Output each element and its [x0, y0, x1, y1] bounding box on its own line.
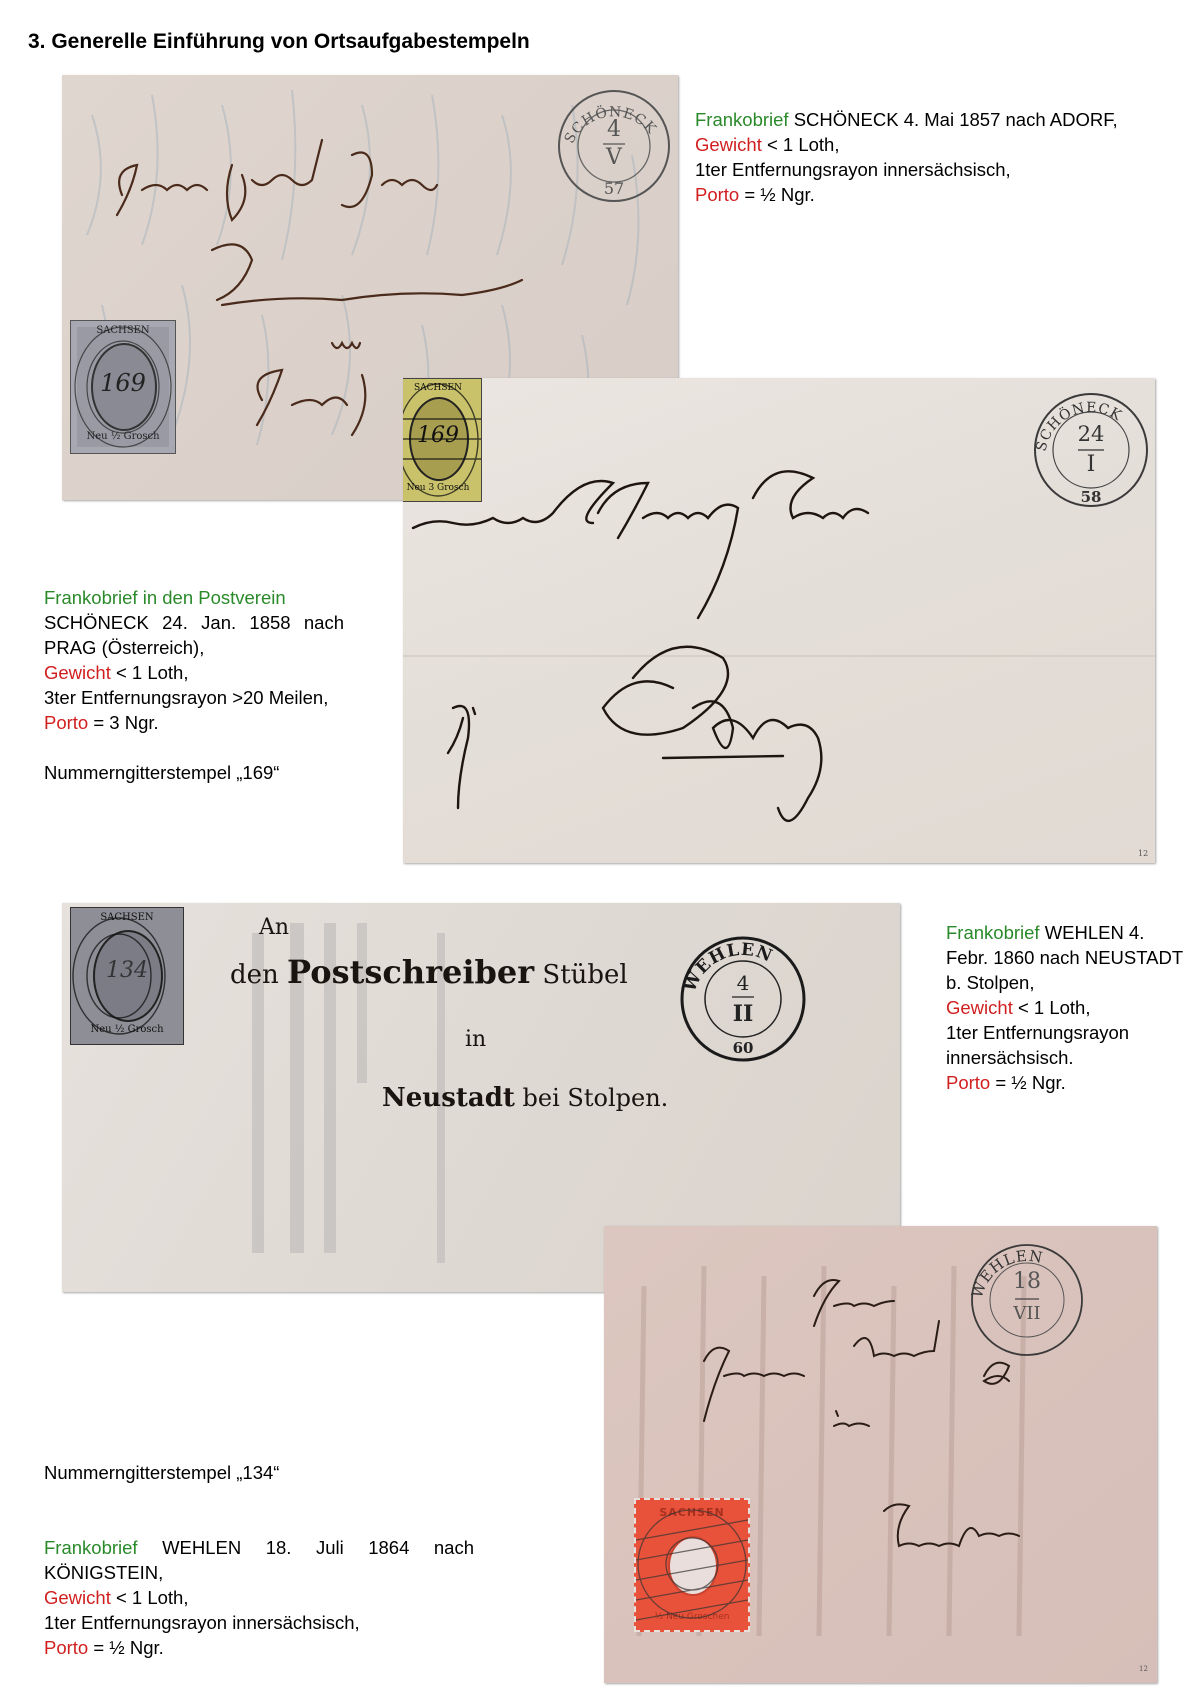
caption-distance: 1ter Entfernungsrayon innersächsisch,: [695, 157, 1170, 182]
stamp-grey-half-groschen: SACHSEN 169 Neu ½ Grosch: [70, 320, 176, 454]
printed-an: An: [259, 915, 289, 940]
printed-den: den: [230, 960, 279, 990]
caption-postage: = 3 Ngr.: [88, 712, 158, 733]
caption-cancel-note-134: Nummerngitterstempel „134“: [44, 1460, 474, 1485]
printed-bei-stolpen: bei Stolpen.: [523, 1084, 669, 1112]
caption-weight: < 1 Loth,: [762, 134, 840, 155]
label-gewicht: Gewicht: [946, 997, 1013, 1018]
caption-letter-4: Frankobrief WEHLEN 18. Juli 1864 nach KÖ…: [44, 1535, 474, 1660]
corner-mark: 12: [1138, 849, 1148, 858]
postmark-wehlen-1860: WEHLEN 4 II 60: [677, 933, 809, 1065]
printed-recipient-line: den Postschreiber Stübel: [230, 953, 628, 991]
label-frankobrief-postverein: Frankobrief in den Postverein: [44, 585, 344, 610]
printed-in: in: [465, 1027, 486, 1052]
printed-neustadt: Neustadt: [382, 1083, 515, 1113]
label-porto: Porto: [44, 1637, 88, 1658]
postmark-schoeneck-1858: SCHÖNECK 24 I 58: [1031, 388, 1151, 513]
postmark-month: VII: [969, 1303, 1085, 1324]
caption-distance: 3ter Entfernungsrayon >20 Meilen,: [44, 685, 344, 710]
postmark-schoeneck-1857: SCHÖNECK 4 V 57: [555, 87, 673, 205]
caption-route: SCHÖNECK 24. Jan. 1858 nach PRAG (Österr…: [44, 610, 344, 660]
caption-letter-2: Frankobrief in den Postverein SCHÖNECK 2…: [44, 585, 344, 785]
stamp-red-half-groschen: SACHSEN ½ Neu Groschen: [634, 1498, 750, 1632]
label-porto: Porto: [946, 1072, 990, 1093]
stamp-grey-half-groschen: SACHSEN 134 Neu ½ Grosch: [70, 907, 184, 1045]
postmark-day: 4: [555, 117, 673, 142]
label-frankobrief: Frankobrief: [44, 1537, 138, 1558]
label-porto: Porto: [695, 184, 739, 205]
postmark-day: 4: [677, 971, 809, 995]
caption-distance: 1ter Entfernungsrayon innersächsisch,: [44, 1610, 474, 1635]
corner-mark: 12: [1139, 1665, 1148, 1673]
label-gewicht: Gewicht: [44, 1587, 111, 1608]
caption-cancel-note: Nummerngitterstempel „169“: [44, 760, 344, 785]
printed-stuebel: Stübel: [542, 960, 627, 990]
label-gewicht: Gewicht: [695, 134, 762, 155]
postmark-year: 60: [677, 1039, 809, 1057]
label-porto: Porto: [44, 712, 88, 733]
label-frankobrief: Frankobrief: [946, 922, 1040, 943]
postmark-month: II: [677, 1001, 809, 1027]
postmark-day: 18: [969, 1269, 1085, 1294]
caption-route: SCHÖNECK 4. Mai 1857 nach ADORF,: [789, 109, 1118, 130]
printed-postschreiber: Postschreiber: [287, 953, 534, 991]
caption-distance: 1ter Entfernungsrayon innersächsisch.: [946, 1020, 1186, 1070]
caption-weight: < 1 Loth,: [111, 1587, 189, 1608]
caption-weight: < 1 Loth,: [1013, 997, 1091, 1018]
postmark-year: 57: [555, 179, 673, 198]
caption-letter-1: Frankobrief SCHÖNECK 4. Mai 1857 nach AD…: [695, 107, 1170, 207]
letter-image-schoeneck-1858-prag: 12 SCHÖNECK 24 I 58 SACHSEN 169 Neu 3 Gr…: [403, 378, 1155, 863]
label-gewicht: Gewicht: [44, 662, 111, 683]
postmark-wehlen-1864: WEHLEN 18 VII: [969, 1241, 1085, 1359]
postmark-month: I: [1031, 452, 1151, 477]
stamp-yellow-3-groschen: SACHSEN 169 Neu 3 Grosch: [403, 378, 482, 502]
postmark-year: 58: [1031, 488, 1151, 506]
postmark-day: 24: [1031, 422, 1151, 446]
caption-postage: = ½ Ngr.: [88, 1637, 164, 1658]
printed-destination-line: Neustadt bei Stolpen.: [382, 1083, 668, 1113]
postmark-month: V: [555, 145, 673, 170]
caption-postage: = ½ Ngr.: [990, 1072, 1066, 1093]
caption-postage: = ½ Ngr.: [739, 184, 815, 205]
label-frankobrief: Frankobrief: [695, 109, 789, 130]
page-title: 3. Generelle Einführung von Ortsaufgabes…: [28, 30, 530, 54]
caption-weight: < 1 Loth,: [111, 662, 189, 683]
letter-image-wehlen-1864: 12 WEHLEN 18 VII SACHSEN ½ Neu Groschen: [604, 1226, 1157, 1683]
caption-letter-3: Frankobrief WEHLEN 4. Febr. 1860 nach NE…: [946, 920, 1186, 1095]
caption-cancel-note: Nummerngitterstempel „134“: [44, 1460, 474, 1485]
